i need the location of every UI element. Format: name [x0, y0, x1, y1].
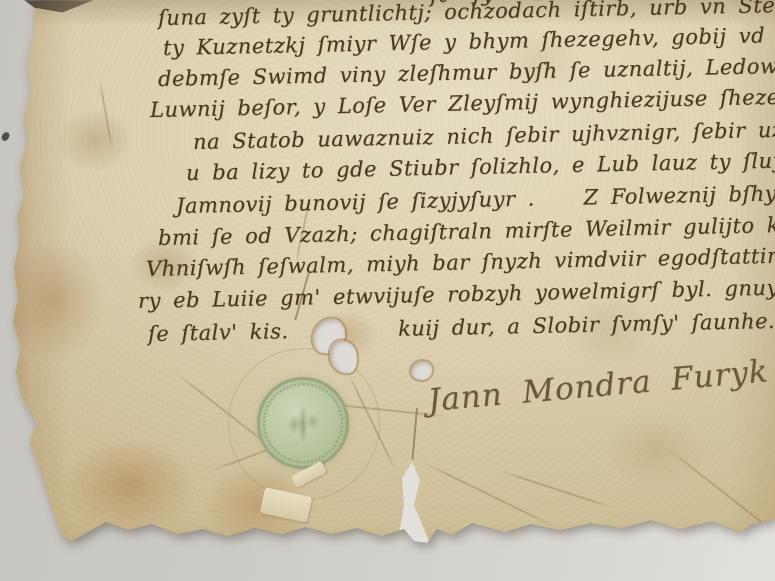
seal-emblem — [268, 388, 338, 458]
parchment-sheet: ſt ſy b ſuna zyſt ty gruntlichtj; ochzod… — [0, 0, 775, 581]
parchment-wrapper: ſt ſy b ſuna zyſt ty gruntlichtj; ochzod… — [0, 0, 775, 581]
photo-of-manuscript: ſt ſy b ſuna zyſt ty gruntlichtj; ochzod… — [0, 0, 775, 581]
wax-seal — [257, 377, 349, 469]
